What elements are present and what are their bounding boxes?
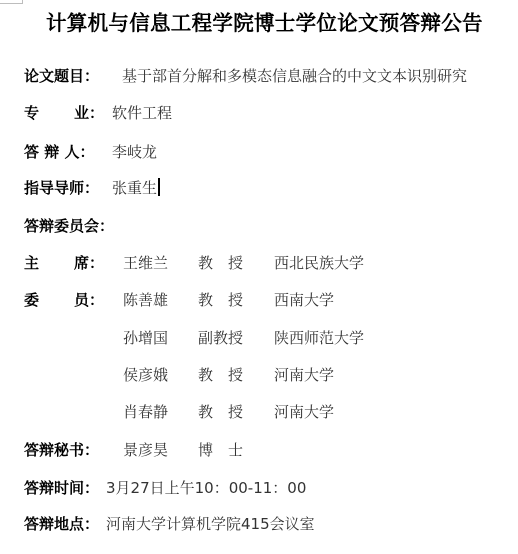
- candidate-label: 答 辩 人：: [24, 141, 94, 163]
- member-title: 副教授: [198, 327, 243, 349]
- committee-heading-row: 答辩委员会：: [24, 215, 114, 237]
- thesis-title-value: 基于部首分解和多模态信息融合的中文文本识别研究: [122, 65, 467, 87]
- committee-heading: 答辩委员会：: [24, 215, 114, 237]
- member-name: 陈善雄: [123, 289, 168, 311]
- member-org: 河南大学: [274, 364, 334, 386]
- chair-title: 教 授: [198, 252, 243, 274]
- thesis-title-label: 论文题目：: [24, 65, 99, 87]
- chair-label-b: 席：: [74, 252, 104, 274]
- members-label-b: 员：: [74, 289, 104, 311]
- chair-org: 西北民族大学: [274, 252, 364, 274]
- major-label-b: 业：: [74, 102, 104, 124]
- location-value: 河南大学计算机学院415会议室: [106, 513, 315, 535]
- location-label: 答辩地点：: [24, 513, 99, 535]
- advisor-field[interactable]: 张重生: [112, 177, 160, 199]
- advisor-label: 指导导师：: [24, 177, 99, 199]
- page-margin-marker: [0, 0, 23, 4]
- major-label-a: 专: [24, 102, 39, 124]
- member-title: 教 授: [198, 364, 243, 386]
- members-label-a: 委: [24, 289, 39, 311]
- member-org: 河南大学: [274, 401, 334, 423]
- member-title: 教 授: [198, 289, 243, 311]
- thesis-title-row: 论文题目： 基于部首分解和多模态信息融合的中文文本识别研究: [24, 65, 99, 87]
- advisor-value: 张重生: [112, 177, 157, 199]
- member-name: 肖春静: [123, 401, 168, 423]
- candidate-value: 李岐龙: [112, 141, 157, 163]
- major-value: 软件工程: [112, 102, 172, 124]
- chair-name: 王维兰: [123, 252, 168, 274]
- member-org: 西南大学: [274, 289, 334, 311]
- secretary-name: 景彦昊: [123, 439, 168, 461]
- secretary-label: 答辩秘书：: [24, 439, 99, 461]
- secretary-title: 博 士: [198, 439, 243, 461]
- member-name: 侯彦娥: [123, 364, 168, 386]
- time-value: 3月27日上午10：00-11：00: [106, 477, 306, 499]
- time-label: 答辩时间：: [24, 477, 99, 499]
- member-name: 孙增国: [123, 327, 168, 349]
- chair-label-a: 主: [24, 252, 39, 274]
- member-title: 教 授: [198, 401, 243, 423]
- page-title: 计算机与信息工程学院博士学位论文预答辩公告: [46, 6, 483, 36]
- text-cursor: [158, 178, 160, 196]
- member-org: 陕西师范大学: [274, 327, 364, 349]
